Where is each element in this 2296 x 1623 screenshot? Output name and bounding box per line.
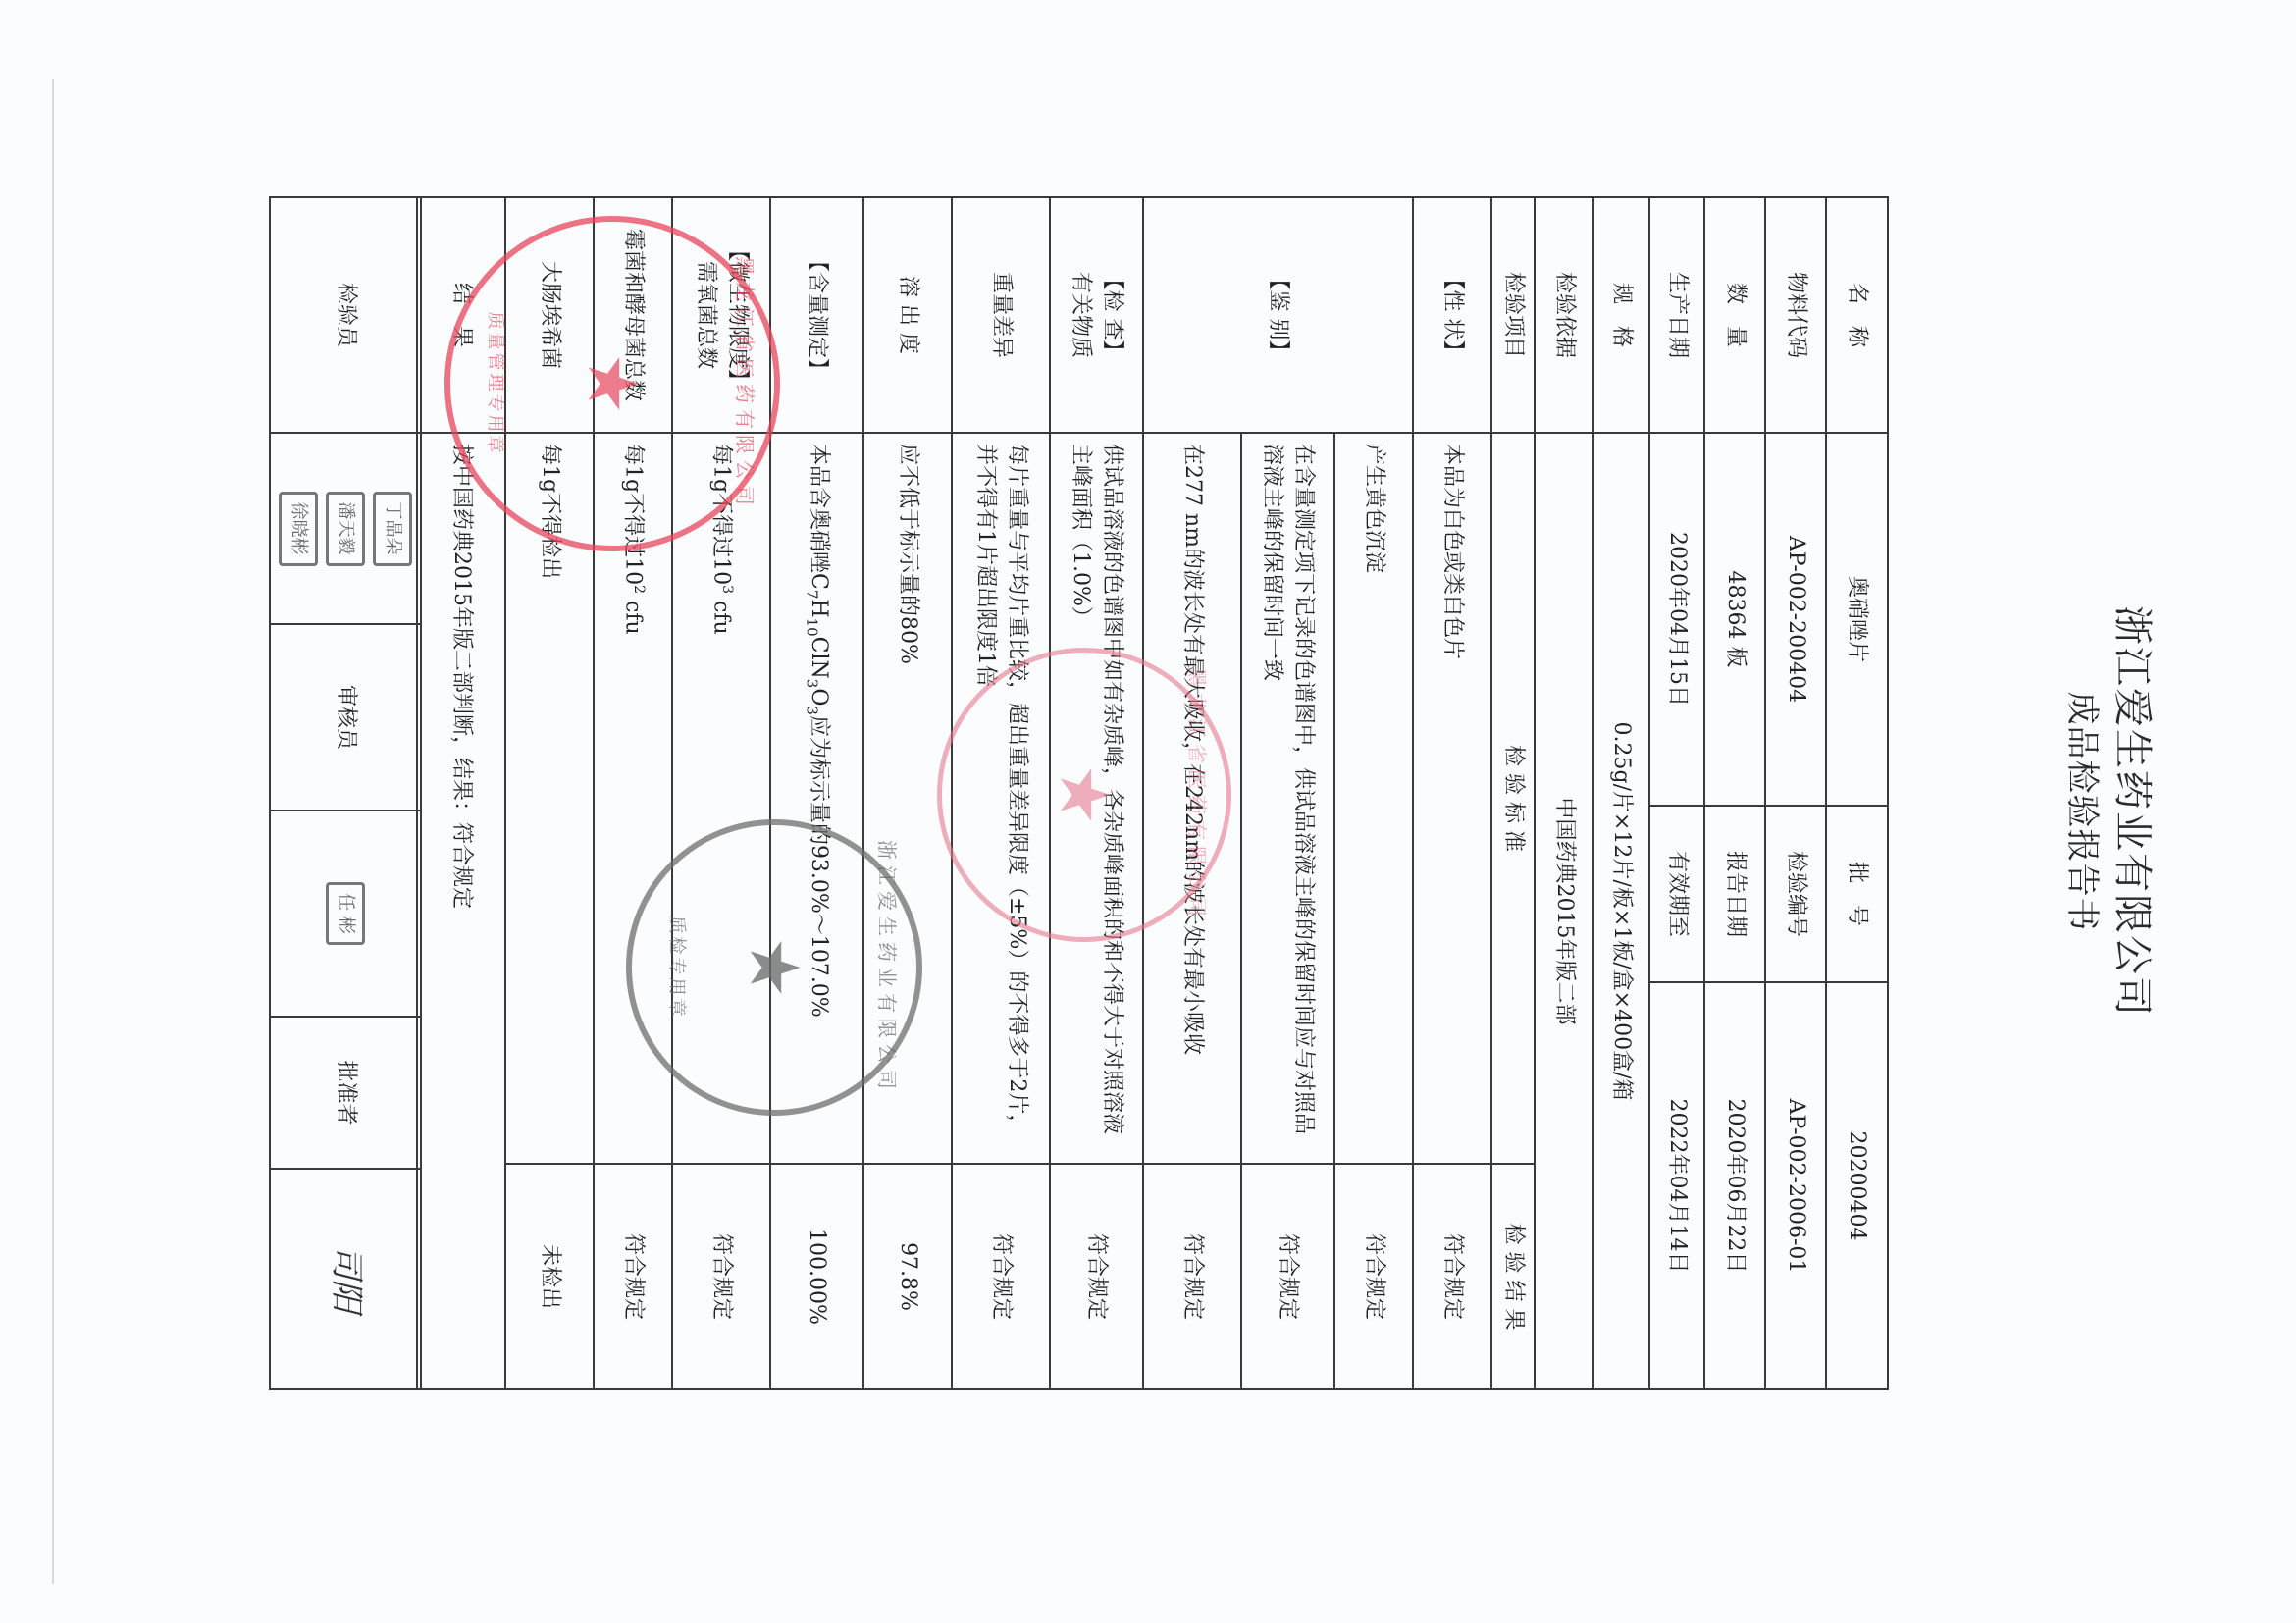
star-icon: ★: [734, 937, 814, 999]
row-production-date: 生产日期 2020年04月15日 有效期至 2022年04月14日: [1649, 197, 1704, 1389]
inspection-no-value: AP-002-2006-01: [1765, 982, 1826, 1389]
identification-2-standard: 在含量测定项下记录的色谱图中，供试品溶液主峰的保留时间应与对照品溶液主峰的保留时…: [1241, 433, 1334, 1164]
expiry-value: 2022年04月14日: [1649, 982, 1704, 1389]
mold-exponent: 2: [631, 585, 647, 594]
identification-2-result: 符合规定: [1241, 1164, 1334, 1389]
formula-sub: 7: [803, 590, 820, 600]
mold-result: 符合规定: [594, 1164, 672, 1389]
red-stamp-ring-text: 黑龙江省医药有限公司: [732, 222, 760, 546]
assay-standard-text: 本品含奥硝唑C: [807, 444, 831, 590]
weight-variation-result: 符合规定: [952, 1164, 1050, 1389]
report-date-value: 2020年06月22日: [1704, 982, 1765, 1389]
quantity-value: 48364 板: [1704, 433, 1765, 806]
inspector-label: 检验员: [270, 197, 421, 433]
row-appearance: 【性 状】 本品为白色或类白色片 符合规定: [1413, 197, 1491, 1389]
aerobic-result: 符合规定: [672, 1164, 770, 1389]
star-icon: ★: [1044, 764, 1124, 826]
basis-label: 检验依据: [1535, 197, 1593, 433]
row-signatures: 检验员 丁晶朵 潘天毅 徐晓彬 审核员 任 彬 批准者 司阳: [270, 197, 421, 1389]
dissolution-result: 97.8%: [863, 1164, 952, 1389]
grey-qc-stamp: 浙江爱生药业有限公司 ★ 质检专用章: [626, 819, 922, 1116]
appearance-standard: 本品为白色或类白色片: [1413, 433, 1491, 1164]
inspection-no-label: 检验编号: [1765, 806, 1826, 982]
dissolution-label: 溶 出 度: [863, 197, 952, 433]
row-basis: 检验依据 中国药典2015年版二部: [1535, 197, 1593, 1389]
column-header-standard: 检 验 标 准: [1491, 433, 1535, 1164]
grey-stamp-bottom-text: 质检专用章: [665, 825, 691, 1110]
column-header-result: 检 验 结 果: [1491, 1164, 1535, 1389]
company-name: 浙江爱生药业有限公司: [2108, 0, 2164, 1623]
mold-unit: cfu: [621, 594, 646, 635]
pink-stamp-ring-text: 黑龙江省医药有限公司: [1184, 653, 1213, 937]
reviewer-stamp: 任 彬: [326, 882, 365, 945]
column-header-item: 检验项目: [1491, 197, 1535, 433]
report-page: 浙江爱生药业有限公司 成品检验报告书 名 称 奥硝唑片 批 号 20200404…: [0, 0, 2296, 1623]
name-label: 名 称: [1826, 197, 1888, 433]
formula-part: O: [807, 688, 831, 706]
report-title: 成品检验报告书: [2061, 0, 2110, 1623]
star-icon: ★: [572, 353, 652, 415]
row-identification-1: 【鉴 别】 产生黄色沉淀 符合规定: [1334, 197, 1413, 1389]
batch-label: 批 号: [1826, 806, 1888, 982]
inspector-stamp: 徐晓彬: [279, 492, 318, 566]
aerobic-unit: cfu: [709, 594, 734, 635]
related-substances-result: 符合规定: [1050, 1164, 1143, 1389]
formula-part: H: [807, 599, 831, 617]
batch-value: 20200404: [1826, 982, 1888, 1389]
related-substances-name: 有关物质: [1066, 208, 1097, 422]
row-name: 名 称 奥硝唑片 批 号 20200404: [1826, 197, 1888, 1389]
aerobic-exponent: 3: [719, 585, 735, 594]
red-quality-stamp: 黑龙江省医药有限公司 ★ 质量管理专用章: [444, 216, 780, 551]
formula-sub: 3: [803, 706, 820, 715]
material-code-label: 物料代码: [1765, 197, 1826, 433]
expiry-label: 有效期至: [1649, 806, 1704, 982]
spec-value: 0.25g/片×12片/板×1板/盒×400盒/箱: [1593, 433, 1649, 1389]
formula-part: ClN: [807, 637, 831, 679]
material-code-value: AP-002-200404: [1765, 433, 1826, 806]
spec-label: 规 格: [1593, 197, 1649, 433]
row-material-code: 物料代码 AP-002-200404 检验编号 AP-002-2006-01: [1765, 197, 1826, 1389]
pink-company-stamp: 黑龙江省医药有限公司 ★: [937, 648, 1231, 942]
production-date-label: 生产日期: [1649, 197, 1704, 433]
inspector-stamps: 丁晶朵 潘天毅 徐晓彬: [270, 433, 421, 624]
red-stamp-bottom-text: 质量管理专用章: [484, 222, 509, 546]
name-value: 奥硝唑片: [1826, 433, 1888, 806]
row-column-headers: 检验项目 检 验 标 准 检 验 结 果: [1491, 197, 1535, 1389]
row-assay: 【含量测定】 本品含奥硝唑C7H10ClN3O3应为标示量的93.0%～107.…: [770, 197, 863, 1389]
grey-stamp-ring-text: 浙江爱生药业有限公司: [874, 825, 903, 1110]
weight-variation-label: 重量差异: [952, 197, 1050, 433]
inspector-stamp: 潘天毅: [326, 492, 365, 566]
production-date-value: 2020年04月15日: [1649, 433, 1704, 806]
identification-label: 【鉴 别】: [1143, 197, 1413, 433]
row-spec: 规 格 0.25g/片×12片/板×1板/盒×400盒/箱: [1593, 197, 1649, 1389]
identification-3-result: 符合规定: [1143, 1164, 1241, 1389]
identification-1-standard: 产生黄色沉淀: [1334, 433, 1413, 1164]
reviewer-label: 审核员: [270, 624, 421, 811]
approver-signature: 司阳: [327, 1246, 366, 1313]
appearance-result: 符合规定: [1413, 1164, 1491, 1389]
approver-label: 批准者: [270, 1017, 421, 1169]
scan-artifact-line: [52, 79, 54, 1584]
reviewer-stamp-cell: 任 彬: [270, 811, 421, 1017]
basis-value: 中国药典2015年版二部: [1535, 433, 1593, 1389]
inspector-stamp: 丁晶朵: [373, 492, 412, 566]
formula-sub: 10: [803, 618, 820, 637]
check-group-label: 【检 查】: [1097, 208, 1128, 422]
ecoli-result: 未检出: [505, 1164, 594, 1389]
row-quantity: 数 量 48364 板 报告日期 2020年06月22日: [1704, 197, 1765, 1389]
assay-result: 100.00%: [770, 1164, 863, 1389]
appearance-label: 【性 状】: [1413, 197, 1491, 433]
assay-label: 【含量测定】: [770, 197, 863, 433]
quantity-label: 数 量: [1704, 197, 1765, 433]
identification-1-result: 符合规定: [1334, 1164, 1413, 1389]
report-date-label: 报告日期: [1704, 806, 1765, 982]
conclusion-text: 按中国药典2015年版二部判断，结果：符合规定: [417, 433, 505, 1389]
related-substances-label: 【检 查】 有关物质: [1050, 197, 1143, 433]
formula-sub: 3: [803, 679, 820, 689]
signature-table: 检验员 丁晶朵 潘天毅 徐晓彬 审核员 任 彬 批准者 司阳: [269, 196, 422, 1390]
approver-signature-cell: 司阳: [270, 1169, 421, 1389]
